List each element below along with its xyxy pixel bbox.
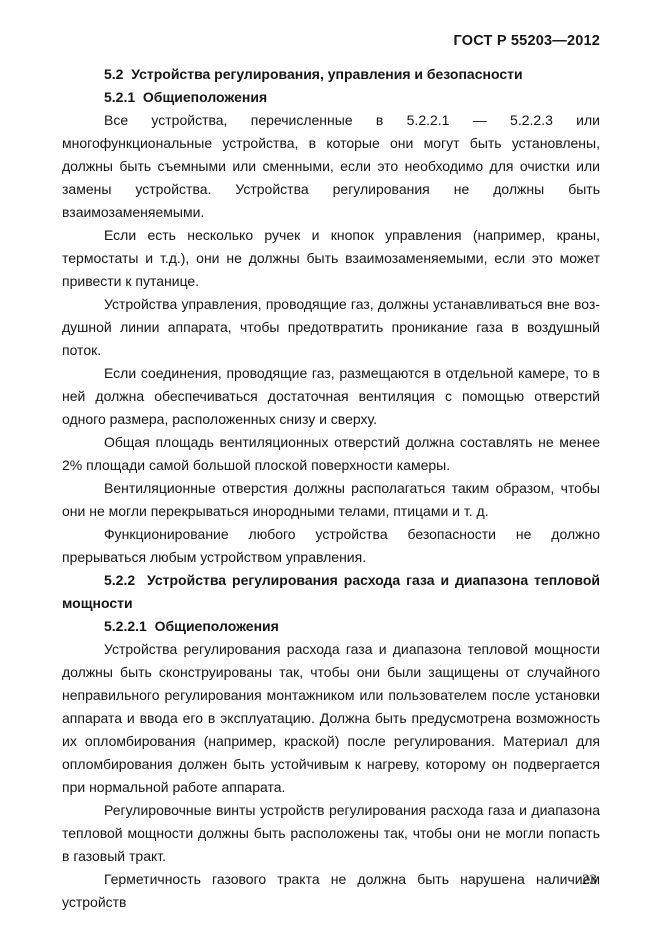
paragraph: Вентиляционные отверстия должны располаг… xyxy=(62,477,600,523)
paragraph: Герметичность газового тракта не должна … xyxy=(62,868,600,914)
paragraph: Если соединения, проводящие газ, размеща… xyxy=(62,362,600,431)
paragraph: Общая площадь вентиляционных отверстий д… xyxy=(62,431,600,477)
section-heading-5-2-2: 5.2.2 Устройства регулирования расхода г… xyxy=(62,569,600,615)
paragraph: Устройства регулирования расхода газа и … xyxy=(62,638,600,799)
paragraph: Функционирование любого устройства безоп… xyxy=(62,523,600,569)
section-heading-5-2-1: 5.2.1 Общиеположения xyxy=(62,86,600,109)
paragraph: Все устройства, перечисленные в 5.2.2.1 … xyxy=(62,109,600,224)
document-page: ГОСТ Р 55203—2012 5.2 Устройства регулир… xyxy=(0,0,661,935)
paragraph: Регулировочные винты устройств регулиров… xyxy=(62,799,600,868)
paragraph: Если есть несколько ручек и кнопок управ… xyxy=(62,224,600,293)
document-body: 5.2 Устройства регулирования, управления… xyxy=(62,63,600,914)
section-heading-5-2-2-1: 5.2.2.1 Общиеположения xyxy=(62,615,600,638)
page-number: 23 xyxy=(582,869,597,892)
section-heading-5-2: 5.2 Устройства регулирования, управления… xyxy=(62,63,600,86)
document-standard-header: ГОСТ Р 55203—2012 xyxy=(62,30,600,53)
paragraph: Устройства управления, проводящие газ, д… xyxy=(62,293,600,362)
